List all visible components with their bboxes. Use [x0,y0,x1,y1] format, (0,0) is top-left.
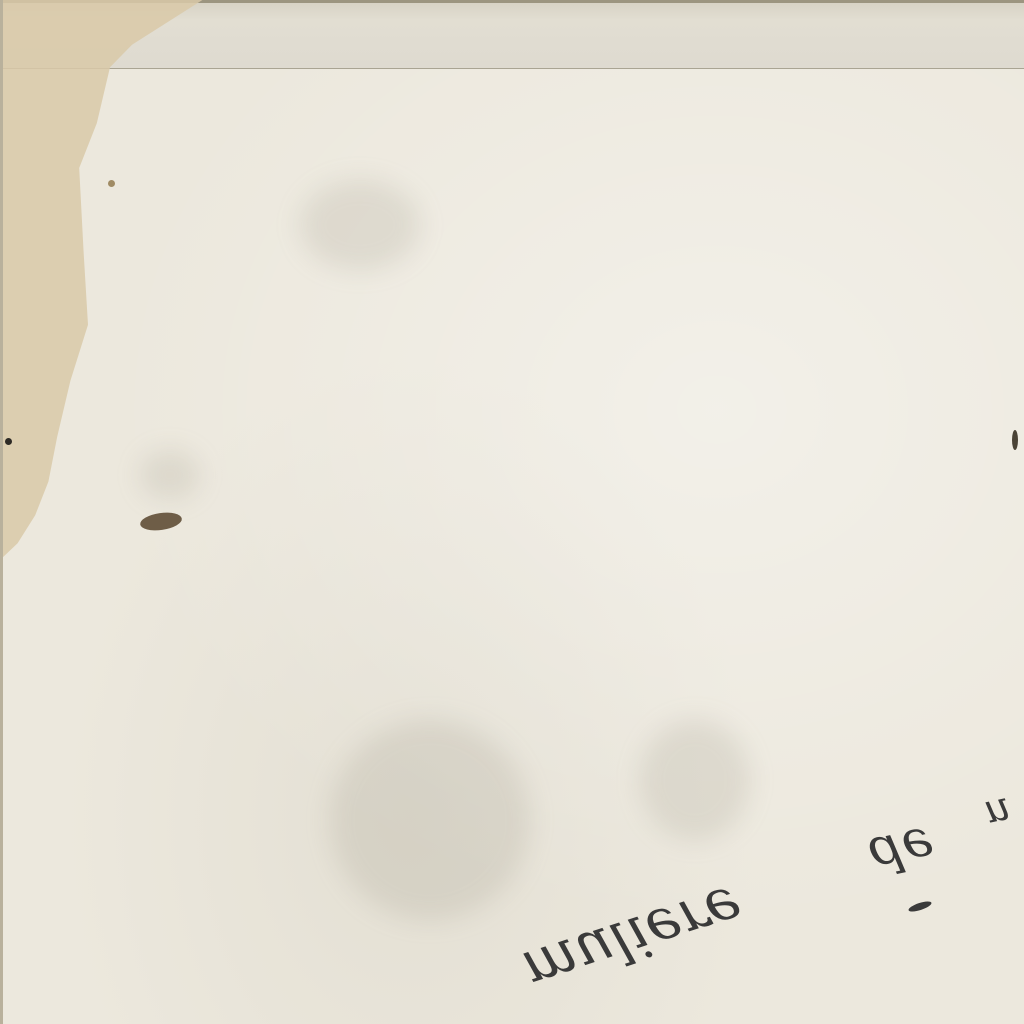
ink-dot [1012,430,1018,450]
stain-dot [108,180,115,187]
smudge [640,720,750,840]
left-edge [0,0,3,1024]
smudge [300,180,420,270]
smudge [140,450,200,500]
smudge [330,720,530,920]
ink-dot [5,438,12,445]
ruled-line [0,68,1024,69]
